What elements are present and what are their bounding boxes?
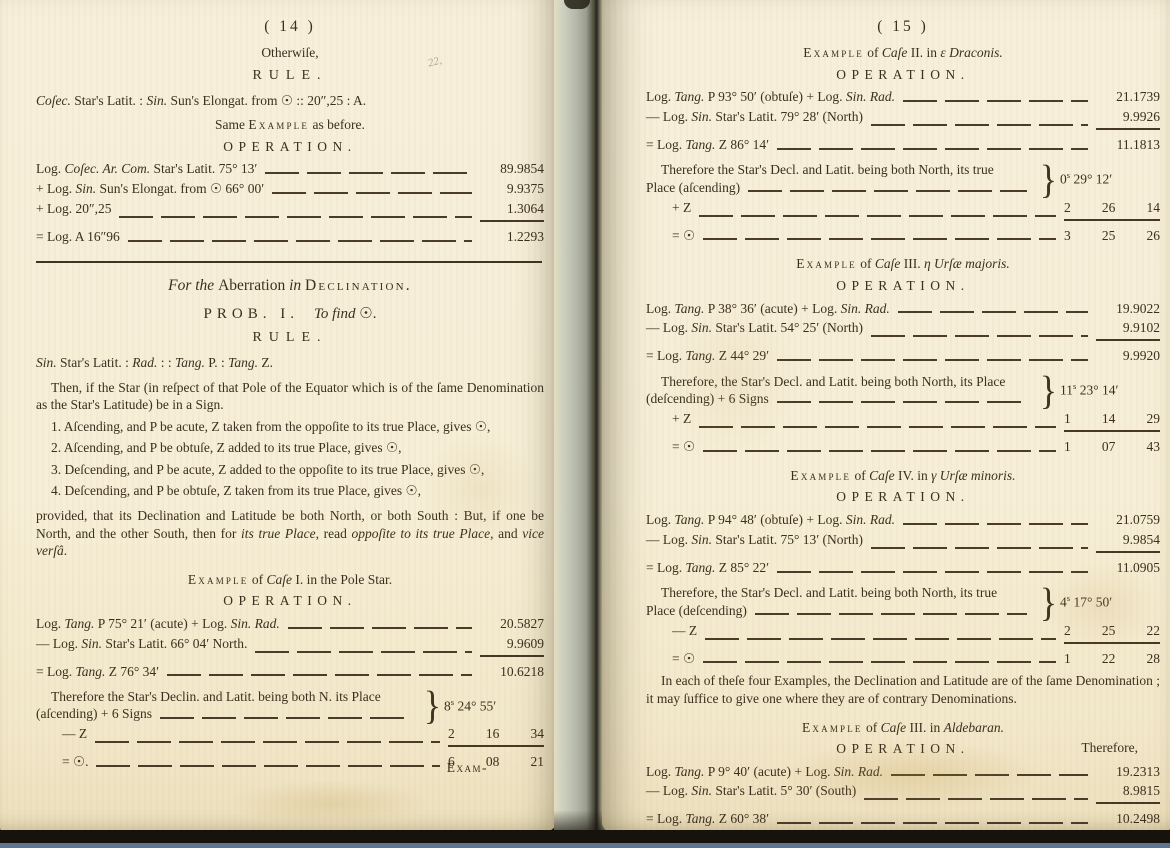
text-segment: For the [168, 277, 218, 294]
operation-label: — Log. Sin. Star's Latit. 5° 30′ (South) [646, 783, 856, 804]
operation-label: = Log. Tang. Z 86° 14′ [646, 137, 769, 154]
operation-row: = Log. Tang. Z 85° 22′11.0905 [646, 560, 1160, 577]
operation-row: + Z22614 [646, 200, 1160, 221]
text-segment: Tang. [76, 664, 106, 679]
operation-label: = ☉ [646, 439, 695, 456]
text-segment: Therefore, the Star's Decl. and Latit. b… [661, 585, 997, 600]
dash-leader [777, 148, 1088, 150]
text-segment: oppoſite to its true Place [352, 526, 491, 541]
text-segment: Sin. [691, 109, 712, 124]
operation-row: Log. Coſec. Ar. Com. Star's Latit. 75° 1… [36, 161, 544, 178]
text-segment: , and [490, 526, 522, 541]
brace-glyph: } [1040, 370, 1057, 410]
text-segment: of [857, 256, 875, 271]
text-line: OPERATION. [646, 66, 1160, 84]
text-segment: Caſe [869, 468, 895, 483]
dash-leader [167, 674, 472, 676]
operation-value: 22522 [1064, 623, 1160, 644]
text-line: OPERATION. [36, 592, 544, 610]
text-segment: Sin. [691, 783, 712, 798]
text-segment: Example [188, 572, 249, 587]
dash-leader [160, 717, 411, 719]
text-segment: ☉. [359, 306, 376, 322]
operation-label: + Z [646, 200, 691, 221]
operation-row: Log. Tang. P 93° 50′ (obtuſe) + Log. Sin… [646, 89, 1160, 106]
operation-label: = Log. A 16″96 [36, 229, 120, 246]
operation-label: + Log. 20″,25 [36, 201, 111, 222]
result-value: 4s 17° 50′ [1060, 593, 1160, 611]
operation-label: Log. Tang. P 9° 40′ (acute) + Log. Sin. … [646, 764, 883, 781]
text-segment: Caſe [882, 45, 908, 60]
text-segment: + Z [672, 200, 691, 215]
text-segment: = Log. [646, 137, 686, 152]
therefore-line1: Therefore, the Star's Decl. and Latit. b… [646, 373, 1035, 390]
value-column: 26 [1102, 200, 1116, 217]
dash-leader [777, 401, 1027, 403]
text-segment: I. in the Pole Star. [292, 572, 392, 587]
text-segment: = Log. [646, 560, 686, 575]
operation-value: 11.1813 [1096, 137, 1160, 154]
operation-value: 10.2498 [1096, 811, 1160, 828]
operation-label: = ☉ [646, 651, 695, 668]
text-segment: of [851, 468, 869, 483]
therefore-line2-text: Place (deſcending) [646, 602, 747, 619]
value-column: 34 [531, 726, 545, 743]
therefore-line2-text: (aſcending) + 6 Signs [36, 705, 152, 722]
text-segment: Sin. [36, 355, 57, 370]
operation-row: Log. Tang. P 9° 40′ (acute) + Log. Sin. … [646, 764, 1160, 781]
text-segment: : : [157, 355, 175, 370]
text-line: Example of Caſe I. in the Pole Star. [36, 571, 544, 589]
operation-value: 21.1739 [1096, 89, 1160, 106]
operation-value: 19.2313 [1096, 764, 1160, 781]
text-segment: Therefore the Star's Decl. and Latit. be… [661, 162, 994, 177]
therefore-line2-text: (deſcending) + 6 Signs [646, 390, 769, 407]
text-segment: of [864, 45, 882, 60]
book-scan: ( 14 ) Otherwiſe,RULE.Coſec. Star's Lati… [0, 0, 1170, 848]
text-segment: Sin. Rad. [834, 764, 883, 779]
text-segment: P. : [205, 355, 228, 370]
text-segment: IV. in [895, 468, 932, 483]
value-column: 1 [1064, 651, 1071, 668]
value-column: 1 [1064, 411, 1071, 428]
text-segment: — Log. [646, 109, 691, 124]
operation-value: 89.9854 [480, 161, 544, 178]
operation-label: Log. Tang. P 94° 48′ (obtuſe) + Log. Sin… [646, 512, 895, 529]
dash-leader [699, 215, 1056, 217]
text-segment: Log. [36, 161, 65, 176]
therefore-block: Therefore the Star's Declin. and Latit. … [36, 687, 544, 723]
dash-leader [777, 822, 1088, 824]
result-value: 11s 23° 14′ [1060, 381, 1160, 399]
text-segment: Z 76° 34′ [105, 664, 159, 679]
therefore-line1: Therefore, the Star's Decl. and Latit. b… [646, 584, 1035, 601]
therefore-line2-text: Place (aſcending) [646, 179, 740, 196]
value-column: 22 [1102, 651, 1116, 668]
operation-value: 1.2293 [480, 229, 544, 246]
text-segment: . [64, 543, 67, 558]
value-column: 25 [1102, 623, 1116, 640]
dash-leader [891, 774, 1088, 776]
operation-label: + Log. Sin. Sun's Elongat. from ☉ 66° 00… [36, 181, 264, 198]
text-segment: Sin. [146, 93, 167, 108]
text-segment: Caſe [267, 572, 293, 587]
text-segment: = ☉. [62, 754, 88, 769]
paragraph: 3. Deſcending, and P be acute, Z added t… [36, 461, 544, 479]
operation-row: Log. Tang. P 38° 36′ (acute) + Log. Sin.… [646, 301, 1160, 318]
text-segment: Star's Latit. 5° 30′ (South) [712, 783, 856, 798]
operation-label: — Log. Sin. Star's Latit. 66° 04′ North. [36, 636, 247, 657]
operation-value: 20.5827 [480, 616, 544, 633]
operation-value: 11.0905 [1096, 560, 1160, 577]
result-value: 8s 24° 55′ [444, 697, 544, 715]
text-segment: Star's Latit. : [57, 355, 133, 370]
text-segment: Star's Latit. 79° 28′ (North) [712, 109, 863, 124]
operation-row: Log. Tang. P 75° 21′ (acute) + Log. Sin.… [36, 616, 544, 633]
therefore-text: Therefore the Star's Declin. and Latit. … [36, 688, 419, 723]
value-column: 2 [1064, 623, 1071, 640]
text-segment: (deſcending) + 6 Signs [646, 391, 769, 406]
operation-label: — Z [646, 623, 697, 644]
text-segment: Then, if the Star (in reſpect of that Po… [36, 380, 544, 413]
text-line: For the Aberration in Declination. [36, 276, 544, 296]
text-segment: 4 [1060, 594, 1067, 609]
text-segment: 4. Deſcending, and P be obtuſe, Z taken … [51, 483, 421, 498]
dash-leader [703, 450, 1056, 452]
dash-leader [748, 190, 1027, 192]
text-segment: II. in [907, 45, 940, 60]
therefore-line2: Place (deſcending) [646, 602, 1035, 619]
operation-value: 19.9022 [1096, 301, 1160, 318]
text-segment: Otherwiſe, [261, 45, 318, 60]
text-segment: (aſcending) + 6 Signs [36, 706, 152, 721]
text-segment: Place (aſcending) [646, 180, 740, 195]
operation-row: — Log. Sin. Star's Latit. 5° 30′ (South)… [646, 783, 1160, 804]
text-segment: of [863, 720, 881, 735]
text-segment: Aberration [218, 277, 289, 294]
text-segment: P 93° 50′ (obtuſe) + Log. [704, 89, 845, 104]
therefore-text: Therefore, the Star's Decl. and Latit. b… [646, 373, 1035, 408]
operation-row: — Log. Sin. Star's Latit. 75° 13′ (North… [646, 532, 1160, 553]
text-segment: + Log. [36, 181, 76, 196]
text-segment: Example [802, 720, 863, 735]
therefore-block: Therefore, the Star's Decl. and Latit. b… [646, 372, 1160, 408]
text-segment: P 38° 36′ (acute) + Log. [704, 301, 840, 316]
text-segment: ε Draconis. [940, 45, 1002, 60]
text-line: OPERATION. [646, 488, 1160, 506]
text-segment: Example [248, 117, 309, 132]
dash-leader [871, 335, 1088, 337]
text-segment: Log. [646, 89, 675, 104]
text-segment: Tang. [228, 355, 258, 370]
dash-leader [903, 523, 1088, 525]
text-segment: = ☉ [672, 439, 695, 454]
text-segment: Sun's Elongat. from ☉ 66° 00′ [96, 181, 264, 196]
text-segment: , read [316, 526, 352, 541]
operation-value: 21.0759 [1096, 512, 1160, 529]
operation-label: Log. Tang. P 75° 21′ (acute) + Log. Sin.… [36, 616, 280, 633]
text-segment: Star's Latit. 75° 13′ [150, 161, 257, 176]
text-segment: OPERATION. [836, 67, 969, 82]
text-segment: = ☉ [672, 651, 695, 666]
paragraph: provided, that its Declination and Latit… [36, 507, 544, 560]
dash-leader [871, 547, 1088, 549]
operation-row: = ☉32526 [646, 228, 1160, 245]
text-segment: PROB. I. [204, 306, 299, 322]
dash-leader [871, 124, 1088, 126]
text-segment: Sin. [691, 532, 712, 547]
text-segment: Tang. [675, 301, 705, 316]
dash-leader [903, 100, 1088, 102]
text-segment: III. [900, 256, 924, 271]
therefore-line2: Place (aſcending) [646, 179, 1035, 196]
text-segment: Tang. [675, 512, 705, 527]
paragraph: 1. Aſcending, and P be acute, Z taken fr… [36, 418, 544, 436]
text-segment: Example [803, 45, 864, 60]
operation-value: 32526 [1064, 228, 1160, 245]
text-segment: Z 60° 38′ [715, 811, 769, 826]
text-segment: Log. [646, 301, 675, 316]
value-column: 3 [1064, 228, 1071, 245]
dash-leader [95, 741, 440, 743]
text-segment: III. in [906, 720, 944, 735]
operation-row: — Log. Sin. Star's Latit. 54° 25′ (North… [646, 320, 1160, 341]
paragraph: 2. Aſcending, and P be obtuſe, Z added t… [36, 439, 544, 457]
text-segment: Log. [646, 764, 675, 779]
text-segment: 17° 50′ [1070, 594, 1112, 609]
dash-leader [128, 240, 472, 242]
text-line: Sin. Star's Latit. : Rad. : : Tang. P. :… [36, 354, 544, 372]
dash-leader [288, 627, 472, 629]
value-column: 26 [1147, 228, 1161, 245]
operation-value: 12228 [1064, 651, 1160, 668]
text-segment: Log. [646, 512, 675, 527]
page-number-left: ( 14 ) [36, 18, 544, 36]
text-segment: 1. Aſcending, and P be acute, Z taken fr… [51, 419, 490, 434]
value-column: 2 [1064, 200, 1071, 217]
text-segment: 0 [1060, 171, 1067, 186]
text-segment: = Log. [36, 664, 76, 679]
page-14-blocks: Otherwiſe,RULE.Coſec. Star's Latit. : Si… [36, 44, 544, 771]
operation-label: = Log. Tang. Z 44° 29′ [646, 348, 769, 365]
dash-leader [272, 192, 472, 194]
operation-row: = ☉10743 [646, 439, 1160, 456]
text-segment: Tang. [686, 560, 716, 575]
dash-leader [755, 613, 1027, 615]
text-segment: Same [215, 117, 248, 132]
paragraph: Then, if the Star (in reſpect of that Po… [36, 379, 544, 414]
dash-leader [255, 651, 472, 653]
text-segment: Z 86° 14′ [715, 137, 769, 152]
text-segment: P 9° 40′ (acute) + Log. [704, 764, 833, 779]
operation-label: Log. Coſec. Ar. Com. Star's Latit. 75° 1… [36, 161, 257, 178]
operation-value: 22614 [1064, 200, 1160, 221]
operation-label: Log. Tang. P 93° 50′ (obtuſe) + Log. Sin… [646, 89, 895, 106]
text-segment: Aldebaran. [944, 720, 1004, 735]
text-segment: Z 85° 22′ [715, 560, 769, 575]
text-line: Example of Caſe IV. in γ Urſæ minoris. [646, 467, 1160, 485]
text-segment: Therefore, the Star's Decl. and Latit. b… [661, 374, 1005, 389]
operation-value: 9.9609 [480, 636, 544, 657]
text-segment: 24° 55′ [454, 698, 496, 713]
text-segment: Sin. Rad. [841, 301, 890, 316]
text-segment: 11 [1060, 383, 1073, 398]
text-line: Coſec. Star's Latit. : Sin. Sun's Elonga… [36, 92, 544, 110]
operation-value: 9.9102 [1096, 320, 1160, 341]
text-segment: — Z [62, 726, 87, 741]
dash-leader [898, 311, 1088, 313]
text-segment: OPERATION. [836, 741, 969, 756]
text-segment: RULE. [252, 330, 327, 345]
text-segment: In each of theſe four Examples, the Decl… [646, 673, 1160, 706]
text-segment: Tang. [675, 764, 705, 779]
operation-value: 11429 [1064, 411, 1160, 432]
text-segment: Sun's Elongat. from ☉ :: 20″,25 : A. [167, 93, 366, 108]
page-number-right: ( 15 ) [646, 18, 1160, 36]
operation-value: 21634 [448, 726, 544, 747]
dash-leader [703, 661, 1056, 663]
text-segment: in [289, 277, 305, 294]
operation-value: 9.9926 [1096, 109, 1160, 130]
dash-leader [777, 571, 1088, 573]
dash-leader [703, 238, 1056, 240]
operation-value: 9.9854 [1096, 532, 1160, 553]
operation-row: = Log. A 16″961.2293 [36, 229, 544, 246]
operation-label: = Log. Tang. Z 85° 22′ [646, 560, 769, 577]
catchword-right: Therefore, [1081, 740, 1138, 756]
text-segment: Tang. [686, 811, 716, 826]
operation-label: — Log. Sin. Star's Latit. 79° 28′ (North… [646, 109, 863, 130]
dash-leader [777, 359, 1088, 361]
text-line: PROB. I. To find ☉. [36, 305, 544, 325]
paragraph: In each of theſe four Examples, the Decl… [646, 672, 1160, 707]
value-column: 21 [531, 754, 545, 771]
operation-row: + Z11429 [646, 411, 1160, 432]
dash-leader [119, 216, 472, 218]
text-line: OPERATION. [36, 138, 544, 156]
text-segment: Example [790, 468, 851, 483]
brace-glyph: } [424, 685, 441, 725]
therefore-block: Therefore the Star's Decl. and Latit. be… [646, 161, 1160, 197]
text-segment: as before. [309, 117, 365, 132]
value-column: 2 [448, 726, 455, 743]
text-line: Example of Caſe III. η Urſæ majoris. [646, 255, 1160, 273]
operation-row: — Z22522 [646, 623, 1160, 644]
brace-glyph: } [1040, 581, 1057, 621]
text-segment: Tang. [686, 137, 716, 152]
operation-label: — Z [36, 726, 87, 747]
text-segment: + Z [672, 411, 691, 426]
text-line: Otherwiſe, [36, 44, 544, 62]
text-segment: Star's Latit. 54° 25′ (North) [712, 320, 863, 335]
operation-value: 1.3064 [480, 201, 544, 222]
text-segment: Sin. Rad. [231, 616, 280, 631]
text-segment: P 94° 48′ (obtuſe) + Log. [704, 512, 845, 527]
therefore-block: Therefore, the Star's Decl. and Latit. b… [646, 584, 1160, 620]
text-segment: = Log. A 16″96 [36, 229, 120, 244]
text-segment: Caſe [875, 256, 901, 271]
operation-row: = Log. Tang. Z 86° 14′11.1813 [646, 137, 1160, 154]
text-segment: Example [796, 256, 857, 271]
text-line: Same Example as before. [36, 116, 544, 134]
text-segment: Sin. [81, 636, 102, 651]
text-segment: Coſec. Ar. Com. [65, 161, 151, 176]
text-line: OPERATION. [646, 277, 1160, 295]
page-14: ( 14 ) Otherwiſe,RULE.Coſec. Star's Lati… [0, 0, 558, 832]
operation-label: + Z [646, 411, 691, 432]
text-segment: Star's Latit. : [71, 93, 147, 108]
text-segment: Tang. [675, 89, 705, 104]
value-column: 1 [1064, 439, 1071, 456]
text-segment: = Log. [646, 348, 686, 363]
catchword-left: Exam- [447, 760, 488, 776]
operation-value: 10743 [1064, 439, 1160, 456]
operation-row: + Log. 20″,251.3064 [36, 201, 544, 222]
text-segment: Z 44° 29′ [715, 348, 769, 363]
section-divider [36, 261, 542, 264]
text-line: Example of Caſe II. in ε Draconis. [646, 44, 1160, 62]
operation-row: Log. Tang. P 94° 48′ (obtuſe) + Log. Sin… [646, 512, 1160, 529]
operation-label: = ☉. [36, 754, 88, 771]
text-segment: Tang. [686, 348, 716, 363]
result-value: 0s 29° 12′ [1060, 170, 1160, 188]
text-segment: 2. Aſcending, and P be obtuſe, Z added t… [51, 440, 402, 455]
text-segment: Sin. [691, 320, 712, 335]
operation-row: — Z21634 [36, 726, 544, 747]
operation-label: — Log. Sin. Star's Latit. 75° 13′ (North… [646, 532, 863, 553]
dash-leader [705, 638, 1056, 640]
operation-row: = Log. Tang. Z 60° 38′10.2498 [646, 811, 1160, 828]
operation-label: = Log. Tang. Z 60° 38′ [646, 811, 769, 828]
text-segment: its true Place [241, 526, 316, 541]
operation-label: = Log. Tang. Z 76° 34′ [36, 664, 159, 681]
text-segment: 3. Deſcending, and P be acute, Z added t… [51, 462, 484, 477]
operation-label: — Log. Sin. Star's Latit. 54° 25′ (North… [646, 320, 863, 341]
operation-row: = Log. Tang. Z 76° 34′10.6218 [36, 664, 544, 681]
text-line: RULE. [36, 67, 544, 85]
dash-leader [265, 172, 472, 174]
text-segment: Caſe [881, 720, 907, 735]
therefore-line2: (aſcending) + 6 Signs [36, 705, 419, 722]
page-15-blocks: Example of Caſe II. in ε Draconis.OPERAT… [646, 44, 1160, 828]
value-column: 07 [1102, 439, 1116, 456]
text-segment: To find [314, 306, 359, 322]
dash-leader [699, 426, 1056, 428]
text-segment: Declination. [305, 277, 412, 294]
value-column: 22 [1147, 623, 1161, 640]
therefore-line1: Therefore the Star's Decl. and Latit. be… [646, 161, 1035, 178]
therefore-line1: Therefore the Star's Declin. and Latit. … [36, 688, 419, 705]
text-segment: Place (deſcending) [646, 603, 747, 618]
value-column: 16 [486, 726, 500, 743]
text-segment: 8 [444, 698, 451, 713]
page-15: ( 15 ) Example of Caſe II. in ε Draconis… [602, 0, 1170, 832]
value-column: 14 [1147, 200, 1161, 217]
text-segment: Tang. [175, 355, 205, 370]
value-column: 43 [1147, 439, 1161, 456]
text-segment: Rad. [132, 355, 157, 370]
text-line: RULE. [36, 329, 544, 347]
operation-row: — Log. Sin. Star's Latit. 66° 04′ North.… [36, 636, 544, 657]
text-segment: — Log. [646, 783, 691, 798]
text-segment: Sin. Rad. [846, 512, 895, 527]
operation-value: 9.9920 [1096, 348, 1160, 365]
text-segment: of [249, 572, 267, 587]
therefore-text: Therefore, the Star's Decl. and Latit. b… [646, 584, 1035, 619]
therefore-line2: (deſcending) + 6 Signs [646, 390, 1035, 407]
text-segment: γ Urſæ minoris. [931, 468, 1015, 483]
text-segment: Tang. [65, 616, 95, 631]
